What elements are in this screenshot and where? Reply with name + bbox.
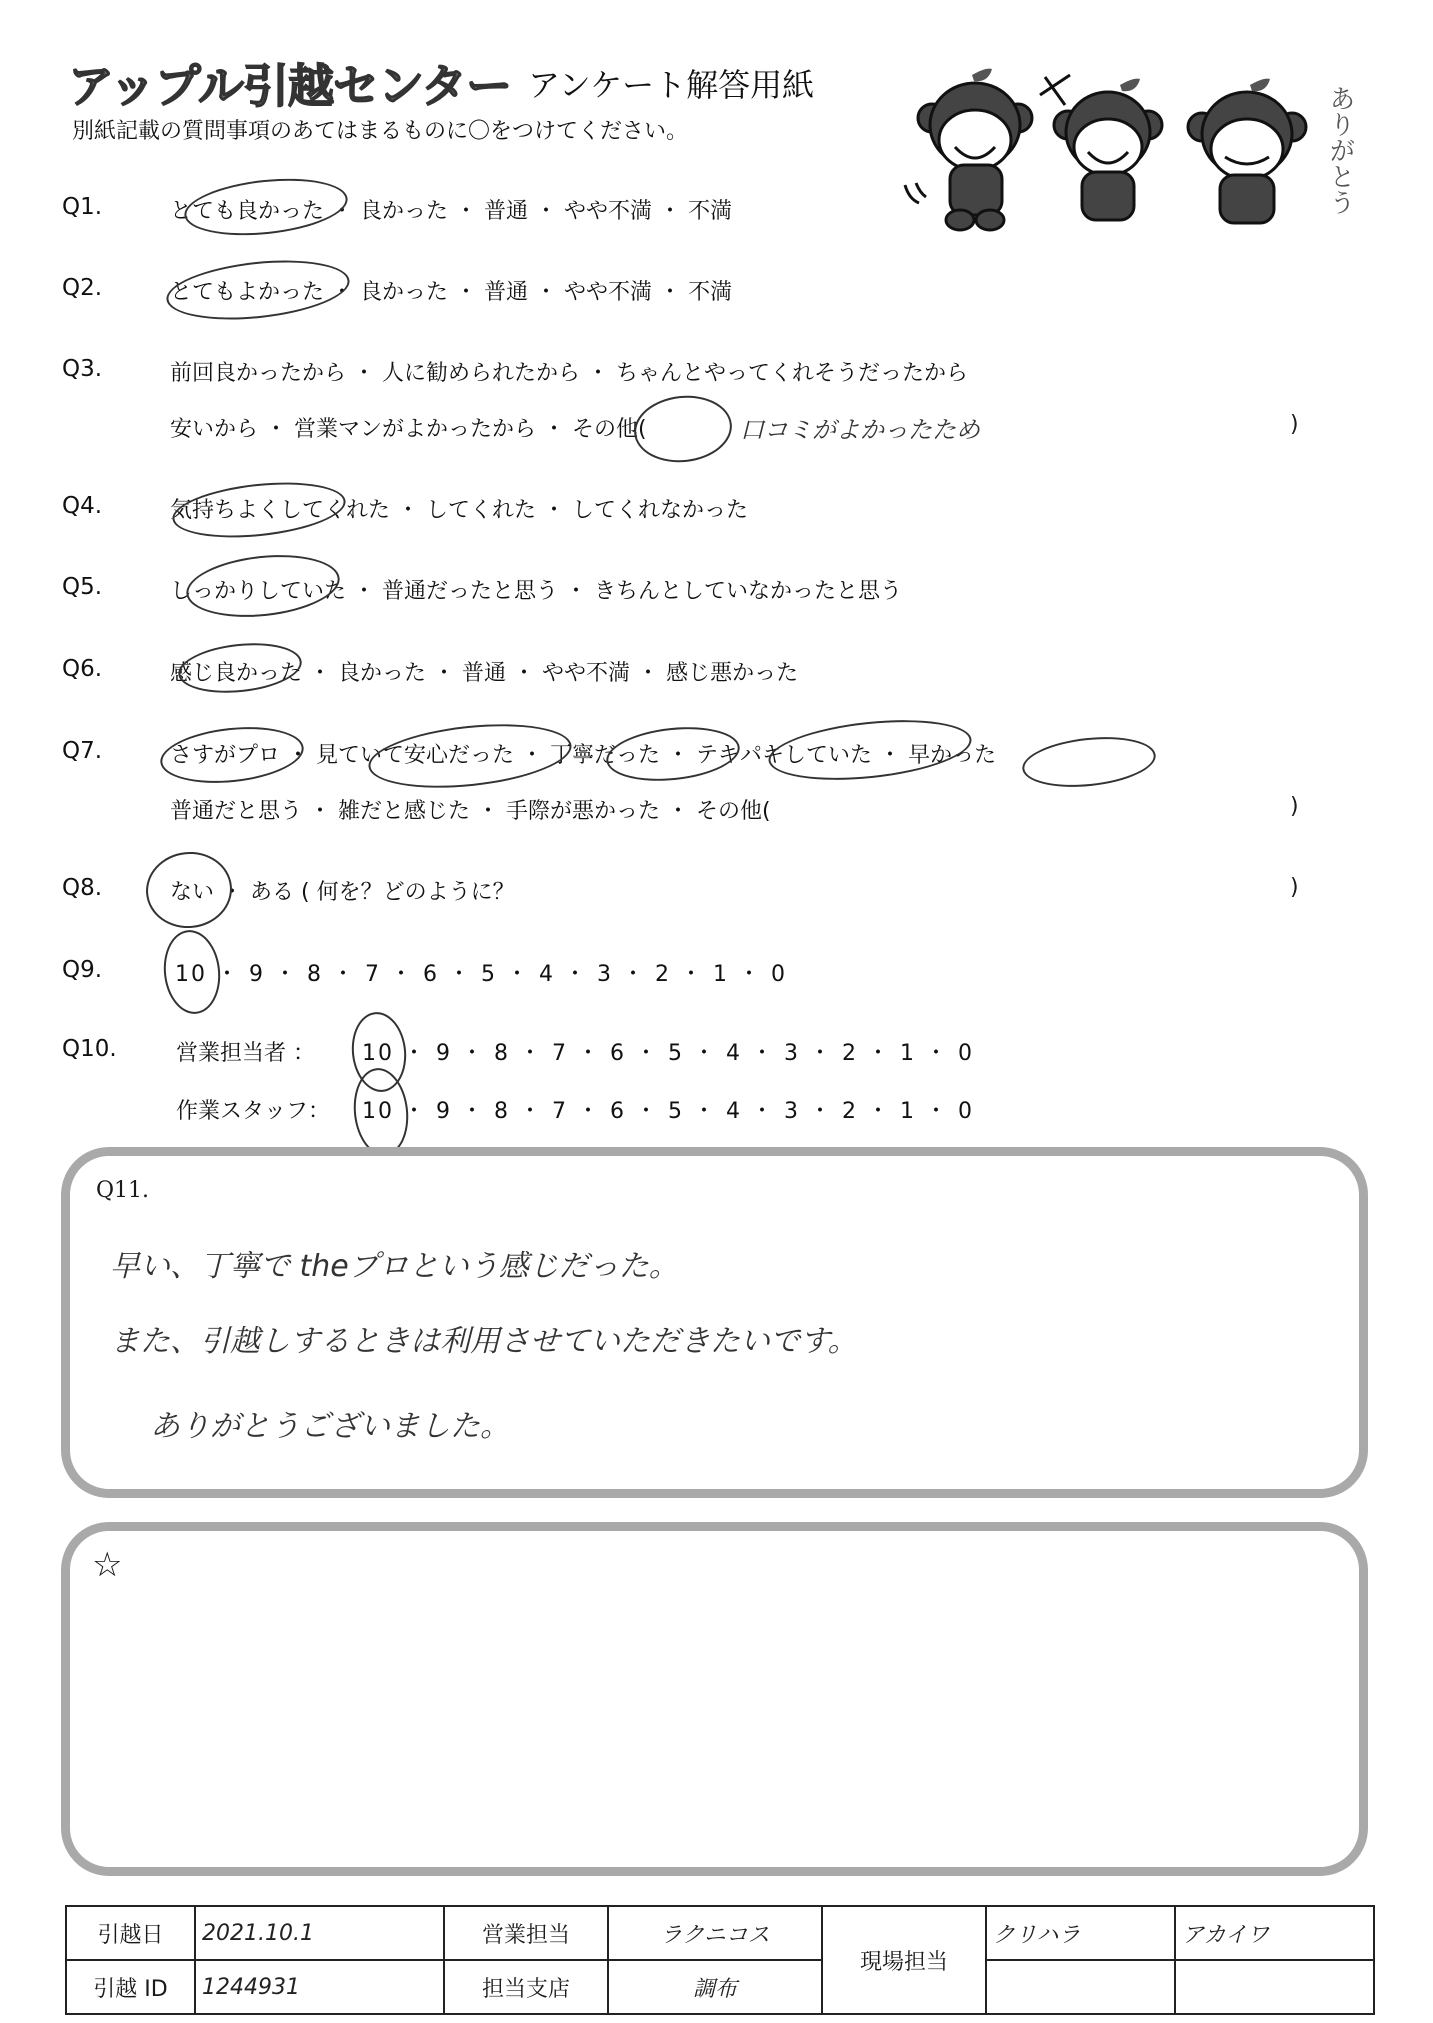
q9-value-6[interactable]: 6 <box>423 962 439 987</box>
q9-value-9[interactable]: 9 <box>249 962 265 987</box>
q7-selection-circle-4 <box>766 711 975 788</box>
q3-label: Q3. <box>62 356 102 382</box>
q10-staff-selection-circle <box>350 1065 413 1158</box>
q4-option-2[interactable]: してくれた <box>426 498 536 523</box>
q9-value-1[interactable]: 1 <box>713 962 729 987</box>
q6-option-5[interactable]: 感じ悪かった <box>666 661 798 686</box>
q3-option-5[interactable]: 営業マンがよかったから <box>294 417 536 442</box>
q3-other-text[interactable]: 口コミがよかったため <box>740 410 980 445</box>
q10-sales-label: 営業担当者 ： <box>176 1036 315 1067</box>
q9-value-5[interactable]: 5 <box>481 962 497 987</box>
move-date-value[interactable]: 2021.10.1 <box>195 1906 444 1960</box>
q9-value-7[interactable]: 7 <box>365 962 381 987</box>
move-id-label: 引越 ID <box>66 1960 195 2014</box>
branch-label: 担当支店 <box>444 1960 608 2014</box>
q10-sales-value-3[interactable]: 3 <box>784 1041 800 1066</box>
q7-option-8[interactable]: 手際が悪かった <box>506 799 660 824</box>
q3-option-3[interactable]: ちゃんとやってくれそうだったから <box>616 361 968 386</box>
q1-option-3[interactable]: 普通 <box>484 199 528 224</box>
q2-option-4[interactable]: やや不満 <box>564 280 652 305</box>
q5-label: Q5. <box>62 574 102 600</box>
q9-value-0[interactable]: 0 <box>771 962 787 987</box>
q3-options-line2: 安いから ・ 営業マンがよかったから ・ その他( <box>170 412 647 443</box>
q11-answer-line-3: ありがとうございました。 <box>150 1401 510 1445</box>
q6-option-4[interactable]: やや不満 <box>542 661 630 686</box>
q8-close-paren: ) <box>1290 875 1299 900</box>
q10-sales-value-9[interactable]: 9 <box>436 1041 452 1066</box>
q6-selection-circle <box>176 638 304 699</box>
q1-option-5[interactable]: 不満 <box>688 199 732 224</box>
q8-option-2[interactable]: ある ( 何を？どのように？ <box>250 880 515 905</box>
q5-option-2[interactable]: 普通だったと思う <box>382 579 558 604</box>
star-icon: ☆ <box>92 1545 122 1585</box>
q4-label: Q4. <box>62 493 102 519</box>
field-staff-2[interactable]: アカイワ <box>1175 1906 1374 1960</box>
monkey-mascots-icon: ありがとう <box>900 55 1370 235</box>
q10-staff-value-3[interactable]: 3 <box>784 1099 800 1124</box>
q3-close-paren: ) <box>1290 412 1299 437</box>
q7-selection-circle-5 <box>1020 731 1158 793</box>
q5-option-3[interactable]: きちんとしていなかったと思う <box>594 579 902 604</box>
q10-sales-value-4[interactable]: 4 <box>726 1041 742 1066</box>
company-title: アップル引越センター <box>68 50 511 116</box>
field-staff-4[interactable] <box>1175 1960 1374 2014</box>
q11-label: Q11. <box>96 1178 149 1203</box>
q9-value-8[interactable]: 8 <box>307 962 323 987</box>
q10-sales-value-1[interactable]: 1 <box>900 1041 916 1066</box>
q9-value-3[interactable]: 3 <box>597 962 613 987</box>
q7-label: Q7. <box>62 738 102 764</box>
q7-option-7[interactable]: 雑だと感じた <box>338 799 470 824</box>
field-staff-1[interactable]: クリハラ <box>986 1906 1175 1960</box>
svg-text:ありがとう: ありがとう <box>1325 85 1355 215</box>
q10-sales-value-2[interactable]: 2 <box>842 1041 858 1066</box>
q9-scale: 10 ・ 9 ・ 8 ・ 7 ・ 6 ・ 5 ・ 4 ・ 3 ・ 2 ・ 1 ・… <box>175 957 787 988</box>
move-date-label: 引越日 <box>66 1906 195 1960</box>
q10-sales-value-5[interactable]: 5 <box>668 1041 684 1066</box>
q7-option-other[interactable]: その他( <box>696 799 771 824</box>
q4-option-3[interactable]: してくれなかった <box>572 498 748 523</box>
q11-answer-box[interactable]: Q11. 早い、丁寧で theプロという感じだった。 また、引越しするときは利用… <box>61 1147 1368 1498</box>
q6-option-3[interactable]: 普通 <box>462 661 506 686</box>
q3-option-1[interactable]: 前回良かったから <box>170 361 346 386</box>
q3-selection-circle <box>631 391 735 467</box>
q9-selection-circle <box>160 927 224 1016</box>
q9-value-4[interactable]: 4 <box>539 962 555 987</box>
q1-option-4[interactable]: やや不満 <box>564 199 652 224</box>
comment-box[interactable]: ☆ <box>61 1522 1368 1876</box>
q10-sales-scale: 10 ・ 9 ・ 8 ・ 7 ・ 6 ・ 5 ・ 4 ・ 3 ・ 2 ・ 1 ・… <box>362 1036 974 1067</box>
q10-staff-value-9[interactable]: 9 <box>436 1099 452 1124</box>
q10-staff-value-6[interactable]: 6 <box>610 1099 626 1124</box>
q7-options-line2: 普通だと思う ・ 雑だと感じた ・ 手際が悪かった ・ その他( <box>170 794 771 825</box>
q6-label: Q6. <box>62 656 102 682</box>
q10-staff-label: 作業スタッフ： <box>176 1094 330 1125</box>
q2-selection-circle <box>164 253 353 328</box>
instruction-text: 別紙記載の質問事項のあてはまるものに〇をつけてください。 <box>72 114 688 145</box>
q10-sales-value-7[interactable]: 7 <box>552 1041 568 1066</box>
q2-option-3[interactable]: 普通 <box>484 280 528 305</box>
q9-label: Q9. <box>62 957 102 983</box>
q4-selection-circle <box>170 475 348 545</box>
q10-sales-value-8[interactable]: 8 <box>494 1041 510 1066</box>
q8-label: Q8. <box>62 875 102 901</box>
q6-option-2[interactable]: 良かった <box>338 661 426 686</box>
q2-option-2[interactable]: 良かった <box>360 280 448 305</box>
q10-staff-value-0[interactable]: 0 <box>958 1099 974 1124</box>
field-staff-label: 現場担当 <box>822 1906 986 2014</box>
form-title: アンケート解答用紙 <box>528 60 814 106</box>
q7-selection-circle-2 <box>365 716 574 797</box>
q11-answer-line-1: 早い、丁寧で theプロという感じだった。 <box>110 1241 679 1285</box>
q3-option-4[interactable]: 安いから <box>170 417 258 442</box>
q10-staff-scale: 10 ・ 9 ・ 8 ・ 7 ・ 6 ・ 5 ・ 4 ・ 3 ・ 2 ・ 1 ・… <box>362 1094 974 1125</box>
q5-selection-circle <box>183 548 342 624</box>
q10-staff-value-4[interactable]: 4 <box>726 1099 742 1124</box>
q10-staff-value-1[interactable]: 1 <box>900 1099 916 1124</box>
q7-close-paren: ) <box>1290 794 1299 819</box>
branch-value[interactable]: 調布 <box>608 1960 822 2014</box>
q1-option-2[interactable]: 良かった <box>360 199 448 224</box>
q10-staff-value-5[interactable]: 5 <box>668 1099 684 1124</box>
sales-rep-label: 営業担当 <box>444 1906 608 1960</box>
move-id-value[interactable]: 1244931 <box>195 1960 444 2014</box>
move-info-table: 引越日 2021.10.1 営業担当 ラクニコス 現場担当 クリハラ アカイワ … <box>65 1905 1375 2015</box>
q10-sales-value-0[interactable]: 0 <box>958 1041 974 1066</box>
q11-answer-line-2: また、引越しするときは利用させていただきたいです。 <box>110 1316 858 1360</box>
q8-selection-circle <box>142 848 235 933</box>
q2-label: Q2. <box>62 275 102 301</box>
sales-rep-value[interactable]: ラクニコス <box>608 1906 822 1960</box>
q1-label: Q1. <box>62 194 102 220</box>
q10-label: Q10. <box>62 1036 117 1062</box>
q3-option-2[interactable]: 人に勧められたから <box>382 361 580 386</box>
q7-selection-circle-3 <box>604 721 743 787</box>
q9-value-2[interactable]: 2 <box>655 962 671 987</box>
mascot-illustration: ありがとう <box>900 55 1370 235</box>
q2-option-5[interactable]: 不満 <box>688 280 732 305</box>
q10-staff-value-8[interactable]: 8 <box>494 1099 510 1124</box>
q1-selection-circle <box>182 172 351 243</box>
q10-sales-value-6[interactable]: 6 <box>610 1041 626 1066</box>
q7-option-6[interactable]: 普通だと思う <box>170 799 302 824</box>
q7-selection-circle-1 <box>158 721 307 790</box>
q10-staff-value-2[interactable]: 2 <box>842 1099 858 1124</box>
q3-options-line1: 前回良かったから ・ 人に勧められたから ・ ちゃんとやってくれそうだったから <box>170 356 968 387</box>
q10-staff-value-7[interactable]: 7 <box>552 1099 568 1124</box>
field-staff-3[interactable] <box>986 1960 1175 2014</box>
